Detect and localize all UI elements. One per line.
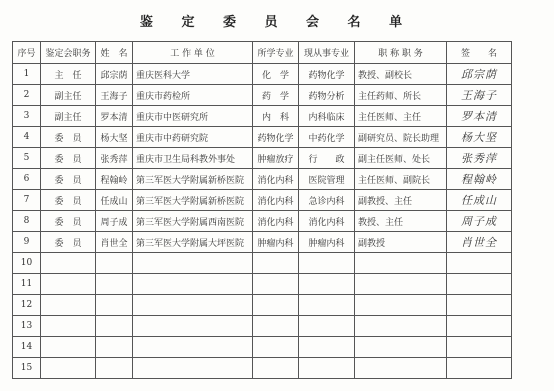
row-signature	[447, 253, 512, 274]
row-title: 副教授	[355, 232, 447, 253]
row-role: 副主任	[41, 106, 96, 127]
row-number: 11	[13, 274, 41, 295]
table-row: 15	[13, 358, 512, 379]
row-current	[299, 274, 355, 295]
row-major: 肿瘤内科	[253, 232, 299, 253]
row-name: 邱宗荫	[96, 64, 133, 85]
row-name: 程翰岭	[96, 169, 133, 190]
table-row: 1主 任邱宗荫重庆医科大学化 学药物化学教授、副校长邱宗荫	[13, 64, 512, 85]
row-name	[96, 253, 133, 274]
row-major	[253, 274, 299, 295]
row-unit: 重庆医科大学	[133, 64, 253, 85]
row-role	[41, 274, 96, 295]
table-row: 5委 员张秀萍重庆市卫生局科教外事处肿瘤放疗行 政副主任医师、处长张秀萍	[13, 148, 512, 169]
row-number: 8	[13, 211, 41, 232]
row-unit: 重庆市中医研究所	[133, 106, 253, 127]
row-signature: 杨大坚	[447, 127, 512, 148]
row-title	[355, 253, 447, 274]
row-current: 急诊内科	[299, 190, 355, 211]
row-signature: 任成山	[447, 190, 512, 211]
row-major: 消化内科	[253, 190, 299, 211]
row-title: 副主任医师、处长	[355, 148, 447, 169]
row-signature: 邱宗荫	[447, 64, 512, 85]
header-row: 序号 鉴定会职务 姓 名 工 作 单 位 所学专业 现从事专业 职 称 职 务 …	[13, 42, 512, 64]
row-current	[299, 358, 355, 379]
row-number: 13	[13, 316, 41, 337]
row-current: 行 政	[299, 148, 355, 169]
row-current	[299, 295, 355, 316]
row-current	[299, 253, 355, 274]
row-title: 主任医师、副院长	[355, 169, 447, 190]
row-number: 5	[13, 148, 41, 169]
row-role	[41, 337, 96, 358]
row-signature: 程翰岭	[447, 169, 512, 190]
row-current	[299, 337, 355, 358]
row-major: 肿瘤放疗	[253, 148, 299, 169]
header-role: 鉴定会职务	[41, 42, 96, 64]
row-major: 化 学	[253, 64, 299, 85]
committee-table: 序号 鉴定会职务 姓 名 工 作 单 位 所学专业 现从事专业 职 称 职 务 …	[12, 41, 512, 379]
row-unit: 重庆市中药研究院	[133, 127, 253, 148]
row-title	[355, 316, 447, 337]
row-signature: 罗本清	[447, 106, 512, 127]
table-row: 12	[13, 295, 512, 316]
row-role: 委 员	[41, 148, 96, 169]
row-role: 委 员	[41, 169, 96, 190]
row-role: 副主任	[41, 85, 96, 106]
row-number: 6	[13, 169, 41, 190]
header-signature: 签 名	[447, 42, 512, 64]
row-number: 1	[13, 64, 41, 85]
row-name	[96, 274, 133, 295]
row-unit: 重庆市卫生局科教外事处	[133, 148, 253, 169]
row-number: 14	[13, 337, 41, 358]
table-row: 13	[13, 316, 512, 337]
header-current: 现从事专业	[299, 42, 355, 64]
row-unit: 重庆市药检所	[133, 85, 253, 106]
row-major: 药 学	[253, 85, 299, 106]
row-name: 任成山	[96, 190, 133, 211]
table-row: 14	[13, 337, 512, 358]
row-role: 委 员	[41, 127, 96, 148]
header-unit: 工 作 单 位	[133, 42, 253, 64]
row-name: 王海子	[96, 85, 133, 106]
row-role	[41, 253, 96, 274]
row-current: 肿瘤内科	[299, 232, 355, 253]
row-unit	[133, 253, 253, 274]
row-name: 周子成	[96, 211, 133, 232]
row-name	[96, 295, 133, 316]
row-unit: 第三军医大学附属新桥医院	[133, 190, 253, 211]
row-title: 主任药师、所长	[355, 85, 447, 106]
row-role: 委 员	[41, 211, 96, 232]
row-signature	[447, 274, 512, 295]
row-number: 9	[13, 232, 41, 253]
table-row: 9委 员肖世全第三军医大学附属大坪医院肿瘤内科肿瘤内科副教授肖世全	[13, 232, 512, 253]
row-major: 消化内科	[253, 169, 299, 190]
row-signature	[447, 295, 512, 316]
row-title: 教授、副校长	[355, 64, 447, 85]
row-signature: 王海子	[447, 85, 512, 106]
row-name	[96, 316, 133, 337]
row-role	[41, 358, 96, 379]
row-title: 副研究员、院长助理	[355, 127, 447, 148]
row-major	[253, 295, 299, 316]
row-unit	[133, 337, 253, 358]
table-row: 11	[13, 274, 512, 295]
row-role	[41, 295, 96, 316]
header-name: 姓 名	[96, 42, 133, 64]
row-current: 内科临床	[299, 106, 355, 127]
row-current	[299, 316, 355, 337]
row-number: 3	[13, 106, 41, 127]
header-major: 所学专业	[253, 42, 299, 64]
row-name: 杨大坚	[96, 127, 133, 148]
row-signature: 张秀萍	[447, 148, 512, 169]
table-row: 10	[13, 253, 512, 274]
table-row: 8委 员周子成第三军医大学附属西南医院消化内科消化内科教授、主任周子成	[13, 211, 512, 232]
row-signature	[447, 337, 512, 358]
row-current: 中药化学	[299, 127, 355, 148]
row-role: 委 员	[41, 190, 96, 211]
row-signature	[447, 358, 512, 379]
row-number: 15	[13, 358, 41, 379]
row-title: 教授、主任	[355, 211, 447, 232]
header-no: 序号	[13, 42, 41, 64]
row-title	[355, 337, 447, 358]
row-title: 主任医师、主任	[355, 106, 447, 127]
row-number: 10	[13, 253, 41, 274]
row-unit	[133, 316, 253, 337]
table-row: 2副主任王海子重庆市药检所药 学药物分析主任药师、所长王海子	[13, 85, 512, 106]
row-number: 12	[13, 295, 41, 316]
row-role	[41, 316, 96, 337]
row-signature: 肖世全	[447, 232, 512, 253]
row-unit	[133, 274, 253, 295]
row-name: 肖世全	[96, 232, 133, 253]
row-unit: 第三军医大学附属大坪医院	[133, 232, 253, 253]
table-row: 7委 员任成山第三军医大学附属新桥医院消化内科急诊内科副教授、主任任成山	[13, 190, 512, 211]
row-major	[253, 316, 299, 337]
table-row: 4委 员杨大坚重庆市中药研究院药物化学中药化学副研究员、院长助理杨大坚	[13, 127, 512, 148]
row-title	[355, 295, 447, 316]
row-major	[253, 337, 299, 358]
row-unit	[133, 358, 253, 379]
row-number: 2	[13, 85, 41, 106]
row-role: 委 员	[41, 232, 96, 253]
row-major: 内 科	[253, 106, 299, 127]
row-name: 罗本清	[96, 106, 133, 127]
header-title: 职 称 职 务	[355, 42, 447, 64]
row-title: 副教授、主任	[355, 190, 447, 211]
row-title	[355, 358, 447, 379]
row-current: 药物分析	[299, 85, 355, 106]
row-major: 药物化学	[253, 127, 299, 148]
row-signature: 周子成	[447, 211, 512, 232]
table-row: 6委 员程翰岭第三军医大学附属新桥医院消化内科医院管理主任医师、副院长程翰岭	[13, 169, 512, 190]
row-major	[253, 253, 299, 274]
row-current: 医院管理	[299, 169, 355, 190]
row-current: 消化内科	[299, 211, 355, 232]
row-number: 4	[13, 127, 41, 148]
row-unit	[133, 295, 253, 316]
row-unit: 第三军医大学附属新桥医院	[133, 169, 253, 190]
document-title: 鉴 定 委 员 会 名 单	[0, 11, 554, 30]
row-signature	[447, 316, 512, 337]
row-major	[253, 358, 299, 379]
row-current: 药物化学	[299, 64, 355, 85]
row-name: 张秀萍	[96, 148, 133, 169]
row-unit: 第三军医大学附属西南医院	[133, 211, 253, 232]
row-name	[96, 337, 133, 358]
row-title	[355, 274, 447, 295]
row-number: 7	[13, 190, 41, 211]
row-major: 消化内科	[253, 211, 299, 232]
row-role: 主 任	[41, 64, 96, 85]
row-name	[96, 358, 133, 379]
table-row: 3副主任罗本清重庆市中医研究所内 科内科临床主任医师、主任罗本清	[13, 106, 512, 127]
